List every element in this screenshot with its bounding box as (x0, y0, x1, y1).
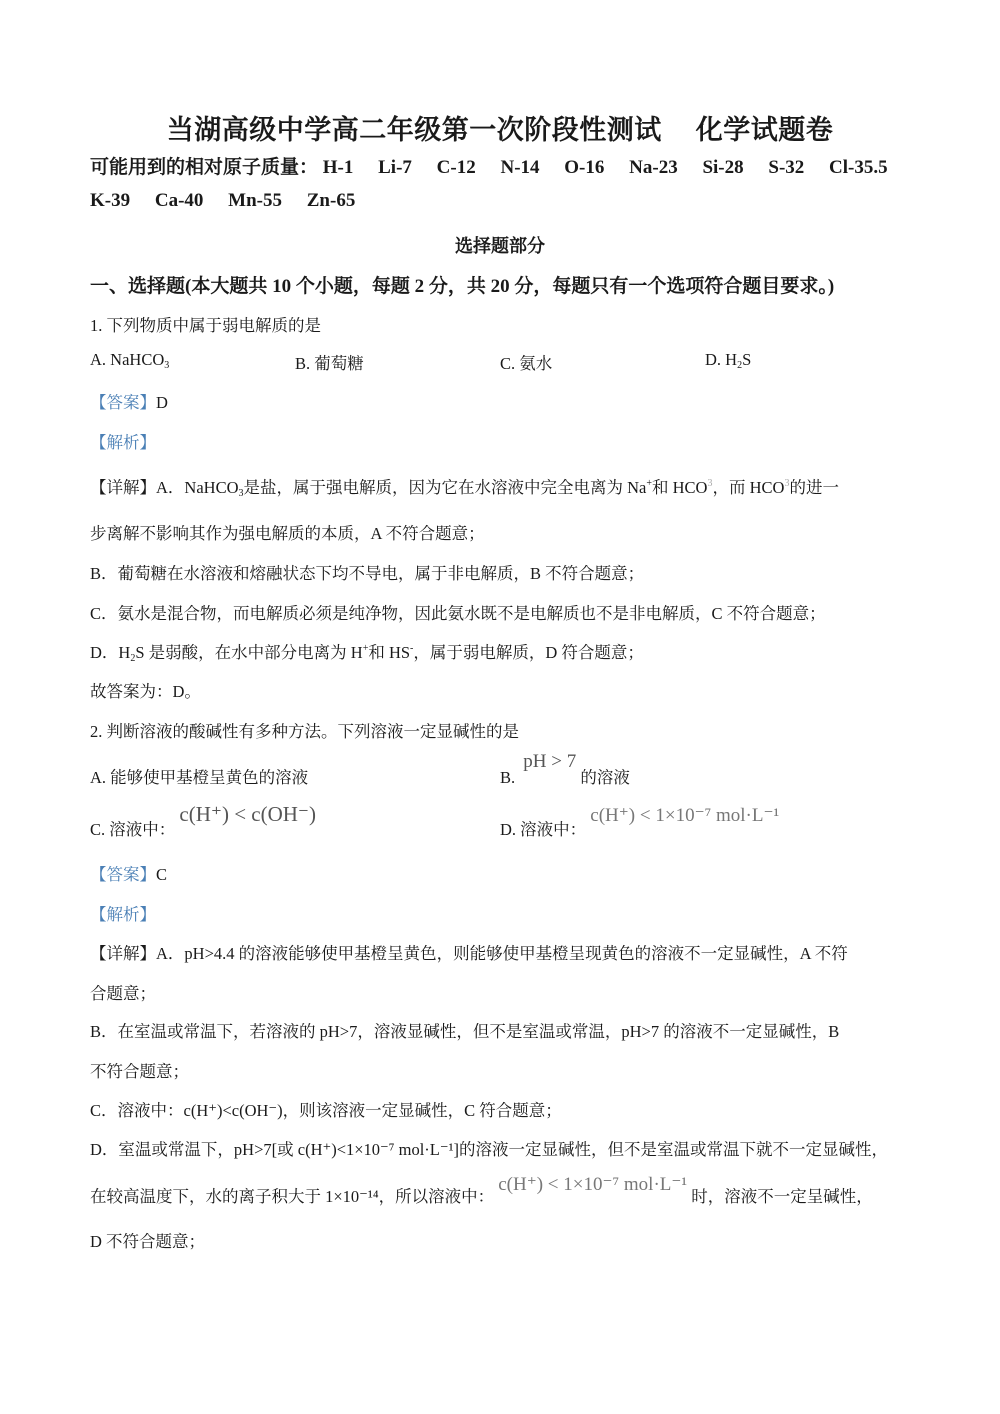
school-title: 当湖高级中学高二年级第一次阶段性测试 (167, 115, 662, 145)
q2-analysis-label: 【解析】 (90, 901, 156, 925)
mass-item: Li-7 (378, 157, 412, 178)
q1-stem: 1. 下列物质中属于弱电解质的是 (90, 312, 321, 336)
mass-item: O-16 (564, 157, 604, 178)
q1-detail-a-cont: 步离解不影响其作为强电解质的本质，A 不符合题意； (90, 520, 485, 544)
q2-detail-d-end: D 不符合题意； (90, 1228, 205, 1252)
mass-item: H-1 (323, 157, 354, 178)
q1-detail-b: B．葡萄糖在水溶液和熔融状态下均不导电，属于非电解质，B 不符合题意； (90, 560, 644, 584)
q2-option-d: D. 溶液中： c(H⁺) < 1×10⁻⁷ mol·L⁻¹ (500, 816, 779, 841)
q1-option-c: C. 氨水 (500, 350, 552, 374)
atomic-masses-row2: K-39 Ca-40 Mn-55 Zn-65 (90, 190, 355, 212)
q2-detail-c: C．溶液中：c(H⁺)<c(OH⁻)，则该溶液一定显碱性，C 符合题意； (90, 1097, 562, 1121)
mass-item: N-14 (500, 157, 539, 178)
q2-detail-a-cont: 合题意； (90, 980, 156, 1004)
mass-item: S-32 (768, 157, 804, 178)
q1-analysis-label: 【解析】 (90, 429, 156, 453)
q2-option-b: B. pH > 7 的溶液 (500, 764, 630, 789)
masses-label: 可能用到的相对原子质量： (90, 157, 318, 178)
q2-detail-b-cont: 不符合题意； (90, 1058, 189, 1082)
detail-label: 【详解】 (90, 944, 156, 963)
section-title: 选择题部分 (0, 232, 1000, 258)
q1-option-d: D. H2S (705, 350, 751, 371)
mass-item: Mn-55 (228, 190, 282, 211)
mass-item: K-39 (90, 190, 130, 211)
detail-label: 【详解】 (90, 478, 156, 497)
ph-formula: pH > 7 (523, 751, 576, 772)
mass-item: Zn-65 (307, 190, 356, 211)
q2-answer: 【答案】C (90, 861, 167, 885)
q2-detail-a: 【详解】A．pH>4.4 的溶液能够使甲基橙呈黄色，则能够使甲基橙呈现黄色的溶液… (90, 940, 848, 964)
atomic-masses-row1: 可能用到的相对原子质量： H-1 Li-7 C-12 N-14 O-16 Na-… (90, 152, 888, 179)
q1-detail-c: C．氨水是混合物，而电解质必须是纯净物，因此氨水既不是电解质也不是非电解质，C … (90, 600, 826, 624)
q2-detail-b: B．在室温或常温下，若溶液的 pH>7，溶液显碱性，但不是室温或常温，pH>7 … (90, 1018, 839, 1042)
answer-label: 【答案】 (90, 393, 156, 412)
subject-title: 化学试题卷 (696, 115, 834, 145)
q1-conclusion: 故答案为：D。 (90, 678, 201, 702)
mass-item: Na-23 (629, 157, 678, 178)
mass-item: Ca-40 (155, 190, 204, 211)
concentration-formula: c(H⁺) < c(OH⁻) (179, 802, 316, 826)
q1-detail-d: D．H2S 是弱酸，在水中部分电离为 H+和 HS-，属于弱电解质，D 符合题意… (90, 639, 644, 664)
exam-title: 当湖高级中学高二年级第一次阶段性测试化学试题卷 (0, 108, 1000, 147)
answer-value: C (156, 865, 167, 884)
q2-detail-d: D．室温或常温下，pH>7[或 c(H⁺)<1×10⁻⁷ mol·L⁻¹]的溶液… (90, 1136, 888, 1160)
concentration-formula: c(H⁺) < 1×10⁻⁷ mol·L⁻¹ (498, 1174, 687, 1195)
q1-detail-a: 【详解】A．NaHCO3是盐，属于强电解质，因为它在水溶液中完全电离为 Na+和… (90, 474, 839, 499)
part-title: 一、选择题(本大题共 10 个小题，每题 2 分，共 20 分，每题只有一个选项… (90, 271, 834, 298)
concentration-formula: c(H⁺) < 1×10⁻⁷ mol·L⁻¹ (590, 805, 779, 826)
mass-item: Si-28 (702, 157, 743, 178)
q2-detail-d-cont: 在较高温度下，水的离子积大于 1×10⁻¹⁴，所以溶液中： c(H⁺) < 1×… (90, 1183, 873, 1208)
q2-option-a: A. 能够使甲基橙呈黄色的溶液 (90, 764, 308, 788)
mass-item: C-12 (437, 157, 476, 178)
q1-option-b: B. 葡萄糖 (295, 350, 364, 374)
answer-label: 【答案】 (90, 865, 156, 884)
answer-value: D (156, 393, 168, 412)
q2-option-c: C. 溶液中： c(H⁺) < c(OH⁻) (90, 816, 316, 841)
q1-answer: 【答案】D (90, 389, 168, 413)
q1-option-a: A. NaHCO3 (90, 350, 169, 371)
mass-item: Cl-35.5 (829, 157, 888, 178)
q2-stem: 2. 判断溶液的酸碱性有多种方法。下列溶液一定显碱性的是 (90, 718, 519, 742)
